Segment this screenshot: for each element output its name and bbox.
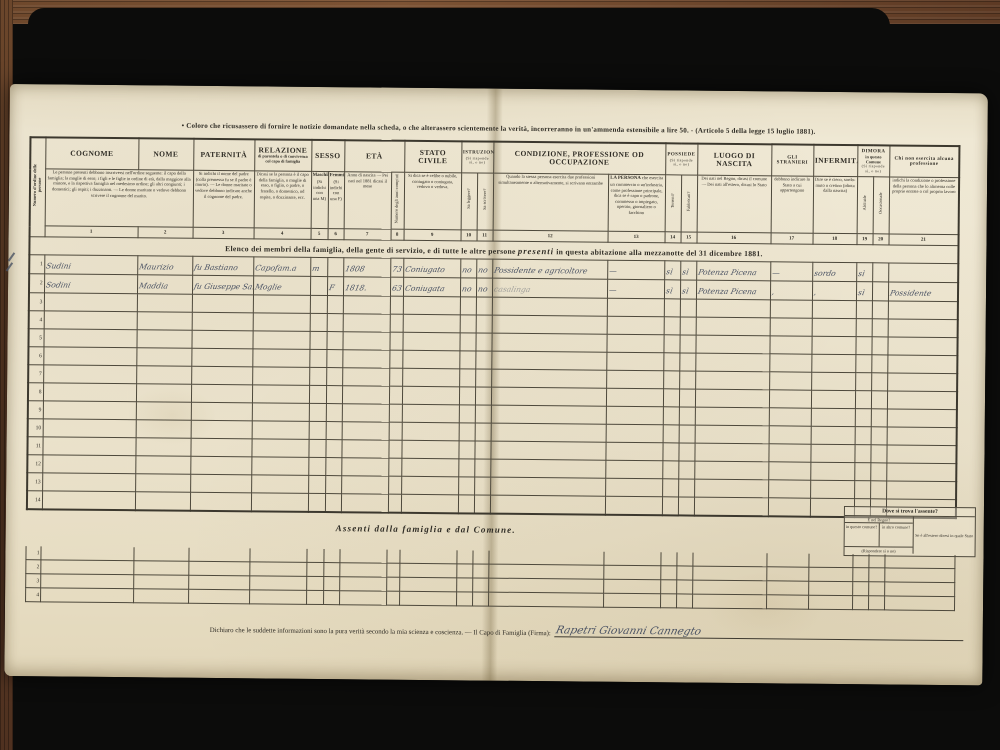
present-cell-relazione xyxy=(252,385,309,404)
present-title-word: presenti xyxy=(518,245,554,255)
absent-cell xyxy=(457,550,473,564)
absent-cell xyxy=(324,549,340,563)
column-number: 18 xyxy=(813,233,857,244)
fabbricati-head: Fabbricati? xyxy=(681,175,698,232)
present-cell-cognome xyxy=(44,293,137,312)
present-cell-paternita xyxy=(190,492,251,511)
column-number: 2 xyxy=(138,227,193,239)
present-cell-occasionale xyxy=(871,427,887,445)
col-relazione-title: RELAZIONE di parentela o di convivenza c… xyxy=(254,139,311,171)
la-persona-title: LA PERSONA xyxy=(610,176,641,181)
present-cell-nome xyxy=(136,384,191,403)
present-cell-abituale xyxy=(855,355,871,373)
present-cell-la_persona: — xyxy=(607,279,664,299)
handwritten-value: Sodini xyxy=(45,281,71,289)
absent-cell xyxy=(489,578,604,593)
present-cell-sesso_m xyxy=(308,475,325,493)
row-number: 12 xyxy=(27,455,42,473)
row-number: 11 xyxy=(27,437,42,455)
present-cell-sesso_f xyxy=(326,332,342,350)
absent-cell xyxy=(134,575,189,590)
present-cell-legge: no xyxy=(460,259,476,278)
chinon-desc: indichi la condizione o professione dell… xyxy=(889,177,960,235)
row-number: 7 xyxy=(28,365,43,383)
handwritten-value: Possidente e agricoltore xyxy=(493,267,588,275)
present-cell-sesso_f xyxy=(326,350,342,368)
handwritten-value: sì xyxy=(857,270,865,278)
row-number: 1 xyxy=(26,546,41,560)
col-index-header: Numero d'ordine delle persone xyxy=(30,137,46,237)
absent-cell xyxy=(457,564,473,578)
present-cell-la_persona xyxy=(607,316,664,335)
present-cell-chi_non xyxy=(886,445,956,464)
present-cell-scrive xyxy=(474,459,490,477)
present-cell-chi_non xyxy=(887,391,957,410)
present-cell-cognome xyxy=(42,491,135,510)
present-cell-chi_non xyxy=(888,263,958,283)
present-cell-paternita xyxy=(192,312,253,331)
absent-cell xyxy=(767,567,809,581)
present-cell-professione xyxy=(491,405,606,424)
col-possiede-title: POSSIEDE (Si risponde sì, o no) xyxy=(665,143,697,175)
present-cell-occasionale xyxy=(872,319,888,337)
present-cell-legge xyxy=(459,369,475,387)
present-cell-stato xyxy=(402,350,459,369)
absent-cell xyxy=(604,552,661,566)
present-cell-sesso_f xyxy=(326,368,342,386)
present-cell-chi_non xyxy=(887,355,957,374)
present-cell-anni xyxy=(389,422,402,440)
present-cell-nome xyxy=(136,420,191,439)
present-cell-cognome xyxy=(44,311,137,330)
present-cell-sesso_f xyxy=(326,386,342,404)
present-cell-abituale: sì xyxy=(856,263,872,282)
present-cell-paternita: fu Giuseppe Santi xyxy=(192,275,253,295)
absent-cell xyxy=(340,563,387,577)
present-cell-infermita xyxy=(812,336,856,354)
dimora-note: (Si risponde sì, o no) xyxy=(859,165,888,174)
handwritten-value: 1818. xyxy=(344,284,367,292)
column-number: 16 xyxy=(697,232,771,244)
present-cell-la_persona xyxy=(606,406,663,425)
present-cell-professione xyxy=(492,297,607,316)
present-cell-luogo xyxy=(694,461,768,480)
present-cell-legge xyxy=(458,495,474,514)
present-cell-scrive: no xyxy=(476,259,492,278)
present-cell-luogo xyxy=(695,353,769,372)
present-cell-stranieri: — xyxy=(770,262,812,281)
present-cell-infermita xyxy=(812,318,856,336)
handwritten-value: F xyxy=(328,284,335,292)
handwritten-value: Maurizio xyxy=(138,263,174,271)
present-cell-stranieri xyxy=(768,444,810,462)
present-cell-legge xyxy=(460,297,476,315)
present-cell-paternita xyxy=(192,294,253,313)
present-cell-infermita: sordo xyxy=(812,262,856,281)
col-istruzione-title: ISTRUZIONE (Si risponde sì, o no) xyxy=(461,141,493,173)
absent-cell xyxy=(693,580,767,595)
present-cell-fabbricati: sì xyxy=(680,280,696,299)
present-cell-sesso_f xyxy=(326,422,342,440)
present-cell-abituale xyxy=(855,391,871,409)
present-cell-sesso_m xyxy=(310,295,327,313)
absent-cell xyxy=(307,549,324,563)
present-cell-stato xyxy=(401,458,458,477)
absent-cell xyxy=(189,561,250,576)
absent-cell xyxy=(884,596,954,611)
absent-cell xyxy=(307,576,324,590)
present-cell-cognome xyxy=(43,365,136,384)
sa-scrivere-text: Sa scrivere? xyxy=(482,188,487,209)
column-number: 10 xyxy=(461,230,477,241)
present-cell-relazione xyxy=(251,439,308,458)
absent-cell xyxy=(885,554,955,568)
absent-cell xyxy=(387,591,400,605)
present-cell-abituale xyxy=(856,319,872,337)
present-cell-luogo xyxy=(695,425,769,444)
present-cell-infermita xyxy=(810,480,854,498)
present-cell-terreni xyxy=(662,443,678,461)
present-cell-terreni xyxy=(663,353,679,371)
present-cell-scrive xyxy=(475,405,491,423)
present-cell-sesso_m xyxy=(308,493,325,512)
absent-cell xyxy=(808,595,852,609)
absent-cell xyxy=(189,575,250,590)
present-cell-scrive: no xyxy=(476,278,492,297)
absent-cell xyxy=(677,552,693,566)
absent-cell xyxy=(134,561,189,576)
present-cell-scrive xyxy=(475,333,491,351)
handwritten-value: sordo xyxy=(813,270,836,278)
present-cell-professione xyxy=(490,495,605,515)
declaration: Dichiaro che le suddette informazioni so… xyxy=(210,622,965,641)
present-cell-stranieri xyxy=(770,318,812,336)
absent-cell xyxy=(661,566,677,580)
present-cell-occasionale xyxy=(871,409,887,427)
absent-cell xyxy=(809,554,853,568)
present-cell-professione xyxy=(492,315,607,334)
present-cell-anno xyxy=(342,350,389,368)
handwritten-value: sì xyxy=(665,287,673,295)
present-cell-nome xyxy=(136,402,191,421)
present-cell-legge xyxy=(459,351,475,369)
absent-cell xyxy=(41,588,134,603)
present-cell-scrive xyxy=(476,297,492,315)
absent-location-box: Dove si trova l'assente? È nel Regno? in… xyxy=(844,506,976,557)
present-cell-chi_non xyxy=(888,337,958,356)
present-cell-paternita xyxy=(191,366,252,385)
absent-cell xyxy=(250,548,307,562)
anni-desc: Numero degli anni compiuti xyxy=(391,172,405,229)
present-cell-anno xyxy=(342,404,389,422)
la-persona-text: che esercita un commercio o un'industria… xyxy=(610,175,663,215)
present-cell-scrive xyxy=(475,369,491,387)
present-cell-scrive xyxy=(475,351,491,369)
present-cell-anni: 73 xyxy=(390,258,403,277)
present-cell-occasionale xyxy=(872,301,888,319)
row-number: 10 xyxy=(28,419,43,437)
present-cell-infermita xyxy=(810,462,854,480)
photo-scene: • Coloro che ricusassero di fornire le n… xyxy=(0,0,1000,750)
handwritten-value: 73 xyxy=(391,266,402,274)
present-cell-nome xyxy=(135,474,190,493)
absent-cell xyxy=(767,581,809,595)
present-cell-paternita xyxy=(191,384,252,403)
present-cell-anni xyxy=(389,350,402,368)
occasionale-head: Occasionale xyxy=(873,177,890,234)
stranieri-desc: debbono indicare lo Stato a cui apparten… xyxy=(771,176,814,233)
sesso-m-desc: Maschile(Si indichi con una M) xyxy=(311,171,329,228)
present-cell-relazione xyxy=(252,349,309,368)
col-index-label: Numero d'ordine delle persone xyxy=(33,158,43,212)
present-cell-infermita xyxy=(811,390,855,408)
infermita-desc: Dire se è cieco, sordo-muto o cretino (i… xyxy=(813,176,858,233)
margin-pen-mark xyxy=(8,252,15,261)
terreni-text: Terreni? xyxy=(670,194,675,209)
present-cell-luogo xyxy=(694,479,768,498)
absent-cell xyxy=(489,592,604,607)
present-cell-abituale xyxy=(854,445,870,463)
present-cell-anno xyxy=(341,440,388,458)
present-cell-abituale xyxy=(855,409,871,427)
col-nome-title: NOME xyxy=(138,138,193,170)
sa-leggere-head: Sa leggere? xyxy=(461,173,478,230)
present-cell-sesso_m xyxy=(310,276,327,295)
handwritten-value: no xyxy=(461,266,472,274)
handwritten-value: Potenza Picena xyxy=(697,269,757,277)
column-number: 5 xyxy=(311,228,328,239)
present-cell-anno xyxy=(343,296,390,314)
column-number: 17 xyxy=(771,233,813,244)
present-cell-terreni xyxy=(663,425,679,443)
absent-cell xyxy=(41,574,134,589)
absent-cell xyxy=(853,568,869,582)
handwritten-value: casalinga xyxy=(493,286,531,294)
present-cell-legge: no xyxy=(460,278,476,297)
present-cell-la_persona xyxy=(606,424,663,443)
occasionale-text: Occasionale xyxy=(878,192,883,214)
col-luogo-title: LUOGO DI NASCITA xyxy=(697,144,771,176)
present-cell-relazione xyxy=(252,367,309,386)
column-number: 9 xyxy=(404,229,461,241)
abituale-head: Abituale xyxy=(857,177,874,234)
present-cell-luogo xyxy=(695,389,769,408)
present-cell-anni xyxy=(389,332,402,350)
present-cell-chi_non xyxy=(887,409,957,428)
handwritten-value: fu Giuseppe Santi xyxy=(193,283,253,291)
present-cell-scrive xyxy=(476,315,492,333)
stato-desc: Si dica se è celibe o nubile, coniugato … xyxy=(404,172,462,230)
la-persona-desc: LA PERSONA che esercita un commercio o u… xyxy=(608,174,666,232)
present-cell-luogo xyxy=(695,407,769,426)
present-cell-anno: 1818. xyxy=(343,277,390,296)
absent-cell xyxy=(677,566,693,580)
present-cell-chi_non xyxy=(888,301,958,320)
row-number: 14 xyxy=(27,491,42,510)
present-cell-cognome xyxy=(43,329,136,348)
present-cell-relazione: Moglie xyxy=(253,276,310,296)
present-cell-legge xyxy=(458,477,474,495)
present-cell-stranieri xyxy=(769,390,811,408)
terreni-head: Terreni? xyxy=(665,175,682,232)
absent-rows: 1234 xyxy=(26,546,955,610)
handwritten-value: sì xyxy=(681,287,689,295)
istruzione-note: (Si risponde sì, o no) xyxy=(463,156,492,165)
col-condizione-title: CONDIZIONE, PROFESSIONE OD OCCUPAZIONE xyxy=(493,142,665,175)
possiede-title-text: POSSIEDE xyxy=(667,152,695,157)
absent-cell xyxy=(457,592,473,606)
present-cell-stato xyxy=(402,386,459,405)
present-cell-relazione xyxy=(253,295,310,314)
present-cell-occasionale xyxy=(870,463,886,481)
present-cell-stato xyxy=(402,422,459,441)
absent-cell xyxy=(41,560,134,575)
present-cell-luogo xyxy=(694,497,768,516)
present-cell-stranieri xyxy=(769,408,811,426)
present-cell-fabbricati xyxy=(679,335,695,353)
fabbricati-text: Fabbricati? xyxy=(686,191,691,211)
absent-section-title: Assenti dalla famiglia e dal Comune. xyxy=(6,520,846,538)
handwritten-value: no xyxy=(461,285,472,293)
absent-cell xyxy=(340,549,387,563)
present-cell-anno: 1808 xyxy=(343,258,390,277)
absent-box-grid: È nel Regno? in questo comune? in altro … xyxy=(845,516,975,554)
present-cell-sesso_f xyxy=(325,494,341,513)
column-number: 3 xyxy=(193,227,254,239)
present-cell-anni: 63 xyxy=(390,277,403,296)
column-number: 21 xyxy=(889,234,959,246)
present-cell-abituale xyxy=(854,481,870,499)
row-number: 1 xyxy=(29,255,44,274)
present-cell-fabbricati xyxy=(678,461,694,479)
present-cell-terreni xyxy=(662,461,678,479)
absent-cell xyxy=(853,554,869,568)
present-cell-fabbricati: sì xyxy=(680,261,696,280)
row-number: 4 xyxy=(29,311,44,329)
present-cell-fabbricati xyxy=(678,497,694,516)
present-cell-abituale xyxy=(855,373,871,391)
absent-cell xyxy=(473,578,489,592)
present-cell-chi_non xyxy=(887,373,957,392)
present-cell-occasionale xyxy=(871,391,887,409)
present-cell-terreni xyxy=(664,299,680,317)
present-cell-anno xyxy=(342,332,389,350)
present-cell-la_persona xyxy=(605,478,662,497)
present-cell-anni xyxy=(388,458,401,476)
present-cell-la_persona xyxy=(606,388,663,407)
present-cell-sesso_m xyxy=(309,349,326,367)
absent-cell xyxy=(250,590,307,605)
present-cell-anno xyxy=(341,476,388,494)
present-cell-legge xyxy=(460,315,476,333)
present-cell-scrive xyxy=(474,477,490,495)
column-number: 1 xyxy=(45,226,138,238)
paternita-desc: Si indichi il nome del padre (colla prem… xyxy=(193,170,255,228)
absent-cell xyxy=(869,568,885,582)
present-cell-stato xyxy=(401,494,458,513)
present-cell-fabbricati xyxy=(679,389,695,407)
col-chinon-title: Chi non esercita alcuna professione xyxy=(889,145,959,177)
present-cell-infermita xyxy=(811,408,855,426)
present-cell-paternita xyxy=(191,330,252,349)
present-cell-professione: casalinga xyxy=(492,278,607,298)
present-cell-stato xyxy=(403,314,460,333)
present-cell-abituale: sì xyxy=(856,282,872,301)
present-cell-sesso_f xyxy=(325,476,341,494)
absent-cell xyxy=(885,568,955,583)
present-cell-sesso_m xyxy=(309,421,326,439)
present-cell-sesso_f xyxy=(327,314,343,332)
present-cell-legge xyxy=(459,405,475,423)
handwritten-value: Sudini xyxy=(45,262,71,270)
present-cell-nome: Maddia xyxy=(137,275,192,295)
present-cell-sesso_m xyxy=(309,385,326,403)
absent-cell xyxy=(189,548,250,562)
present-cell-sesso_f xyxy=(325,458,341,476)
present-cell-infermita xyxy=(812,300,856,318)
present-cell-luogo: Potenza Picena xyxy=(696,280,770,300)
present-cell-sesso_f: F xyxy=(327,277,343,296)
present-cell-professione xyxy=(491,423,606,442)
column-number: 6 xyxy=(328,229,344,240)
absent-cell xyxy=(307,562,324,576)
present-cell-la_persona xyxy=(605,460,662,479)
present-cell-la_persona: — xyxy=(607,260,664,280)
column-number: 20 xyxy=(873,234,889,245)
present-cell-professione xyxy=(491,387,606,406)
present-cell-nome xyxy=(137,312,192,331)
absent-cell xyxy=(661,594,677,608)
present-cell-scrive xyxy=(474,495,490,514)
present-cell-stato: Coniugata xyxy=(403,277,460,297)
col-dimora-title: DIMORA in questo Comune (Si risponde sì,… xyxy=(857,145,889,177)
present-cell-cognome xyxy=(43,419,136,438)
present-cell-terreni xyxy=(663,335,679,353)
present-cell-legge xyxy=(459,333,475,351)
handwritten-value: Moglie xyxy=(254,283,282,291)
absent-cell xyxy=(604,579,661,594)
column-number: 14 xyxy=(665,232,681,243)
handwritten-value: sì xyxy=(665,268,673,276)
present-cell-terreni xyxy=(662,497,678,516)
absent-box-note: (Rispondere sì o no) xyxy=(845,546,913,554)
row-number: 2 xyxy=(26,560,41,574)
istruzione-title-text: ISTRUZIONE xyxy=(463,150,494,155)
present-cell-chi_non xyxy=(888,319,958,338)
absent-cell xyxy=(809,581,853,595)
present-cell-anno xyxy=(342,386,389,404)
column-number: 11 xyxy=(477,230,493,241)
present-cell-luogo xyxy=(694,443,768,462)
absent-cell xyxy=(869,582,885,596)
present-cell-fabbricati xyxy=(679,407,695,425)
absent-cell xyxy=(766,595,808,609)
present-cell-nome xyxy=(135,438,190,457)
present-cell-chi_non xyxy=(886,463,956,482)
present-cell-chi_non xyxy=(887,427,957,446)
present-cell-professione: Possidente e agricoltore xyxy=(492,259,607,279)
present-cell-cognome xyxy=(42,473,135,492)
absent-cell xyxy=(661,552,677,566)
absent-cell xyxy=(41,546,134,560)
present-cell-relazione xyxy=(251,475,308,494)
present-cell-anno xyxy=(343,314,390,332)
anni-desc-text: Numero degli anni compiuti xyxy=(395,173,400,223)
names-desc: Le persone presenti debbono inscriversi … xyxy=(45,169,194,227)
absent-cell xyxy=(489,564,604,579)
signature: Rapetri Giovanni Cannegto xyxy=(554,625,966,640)
present-cell-fabbricati xyxy=(679,425,695,443)
